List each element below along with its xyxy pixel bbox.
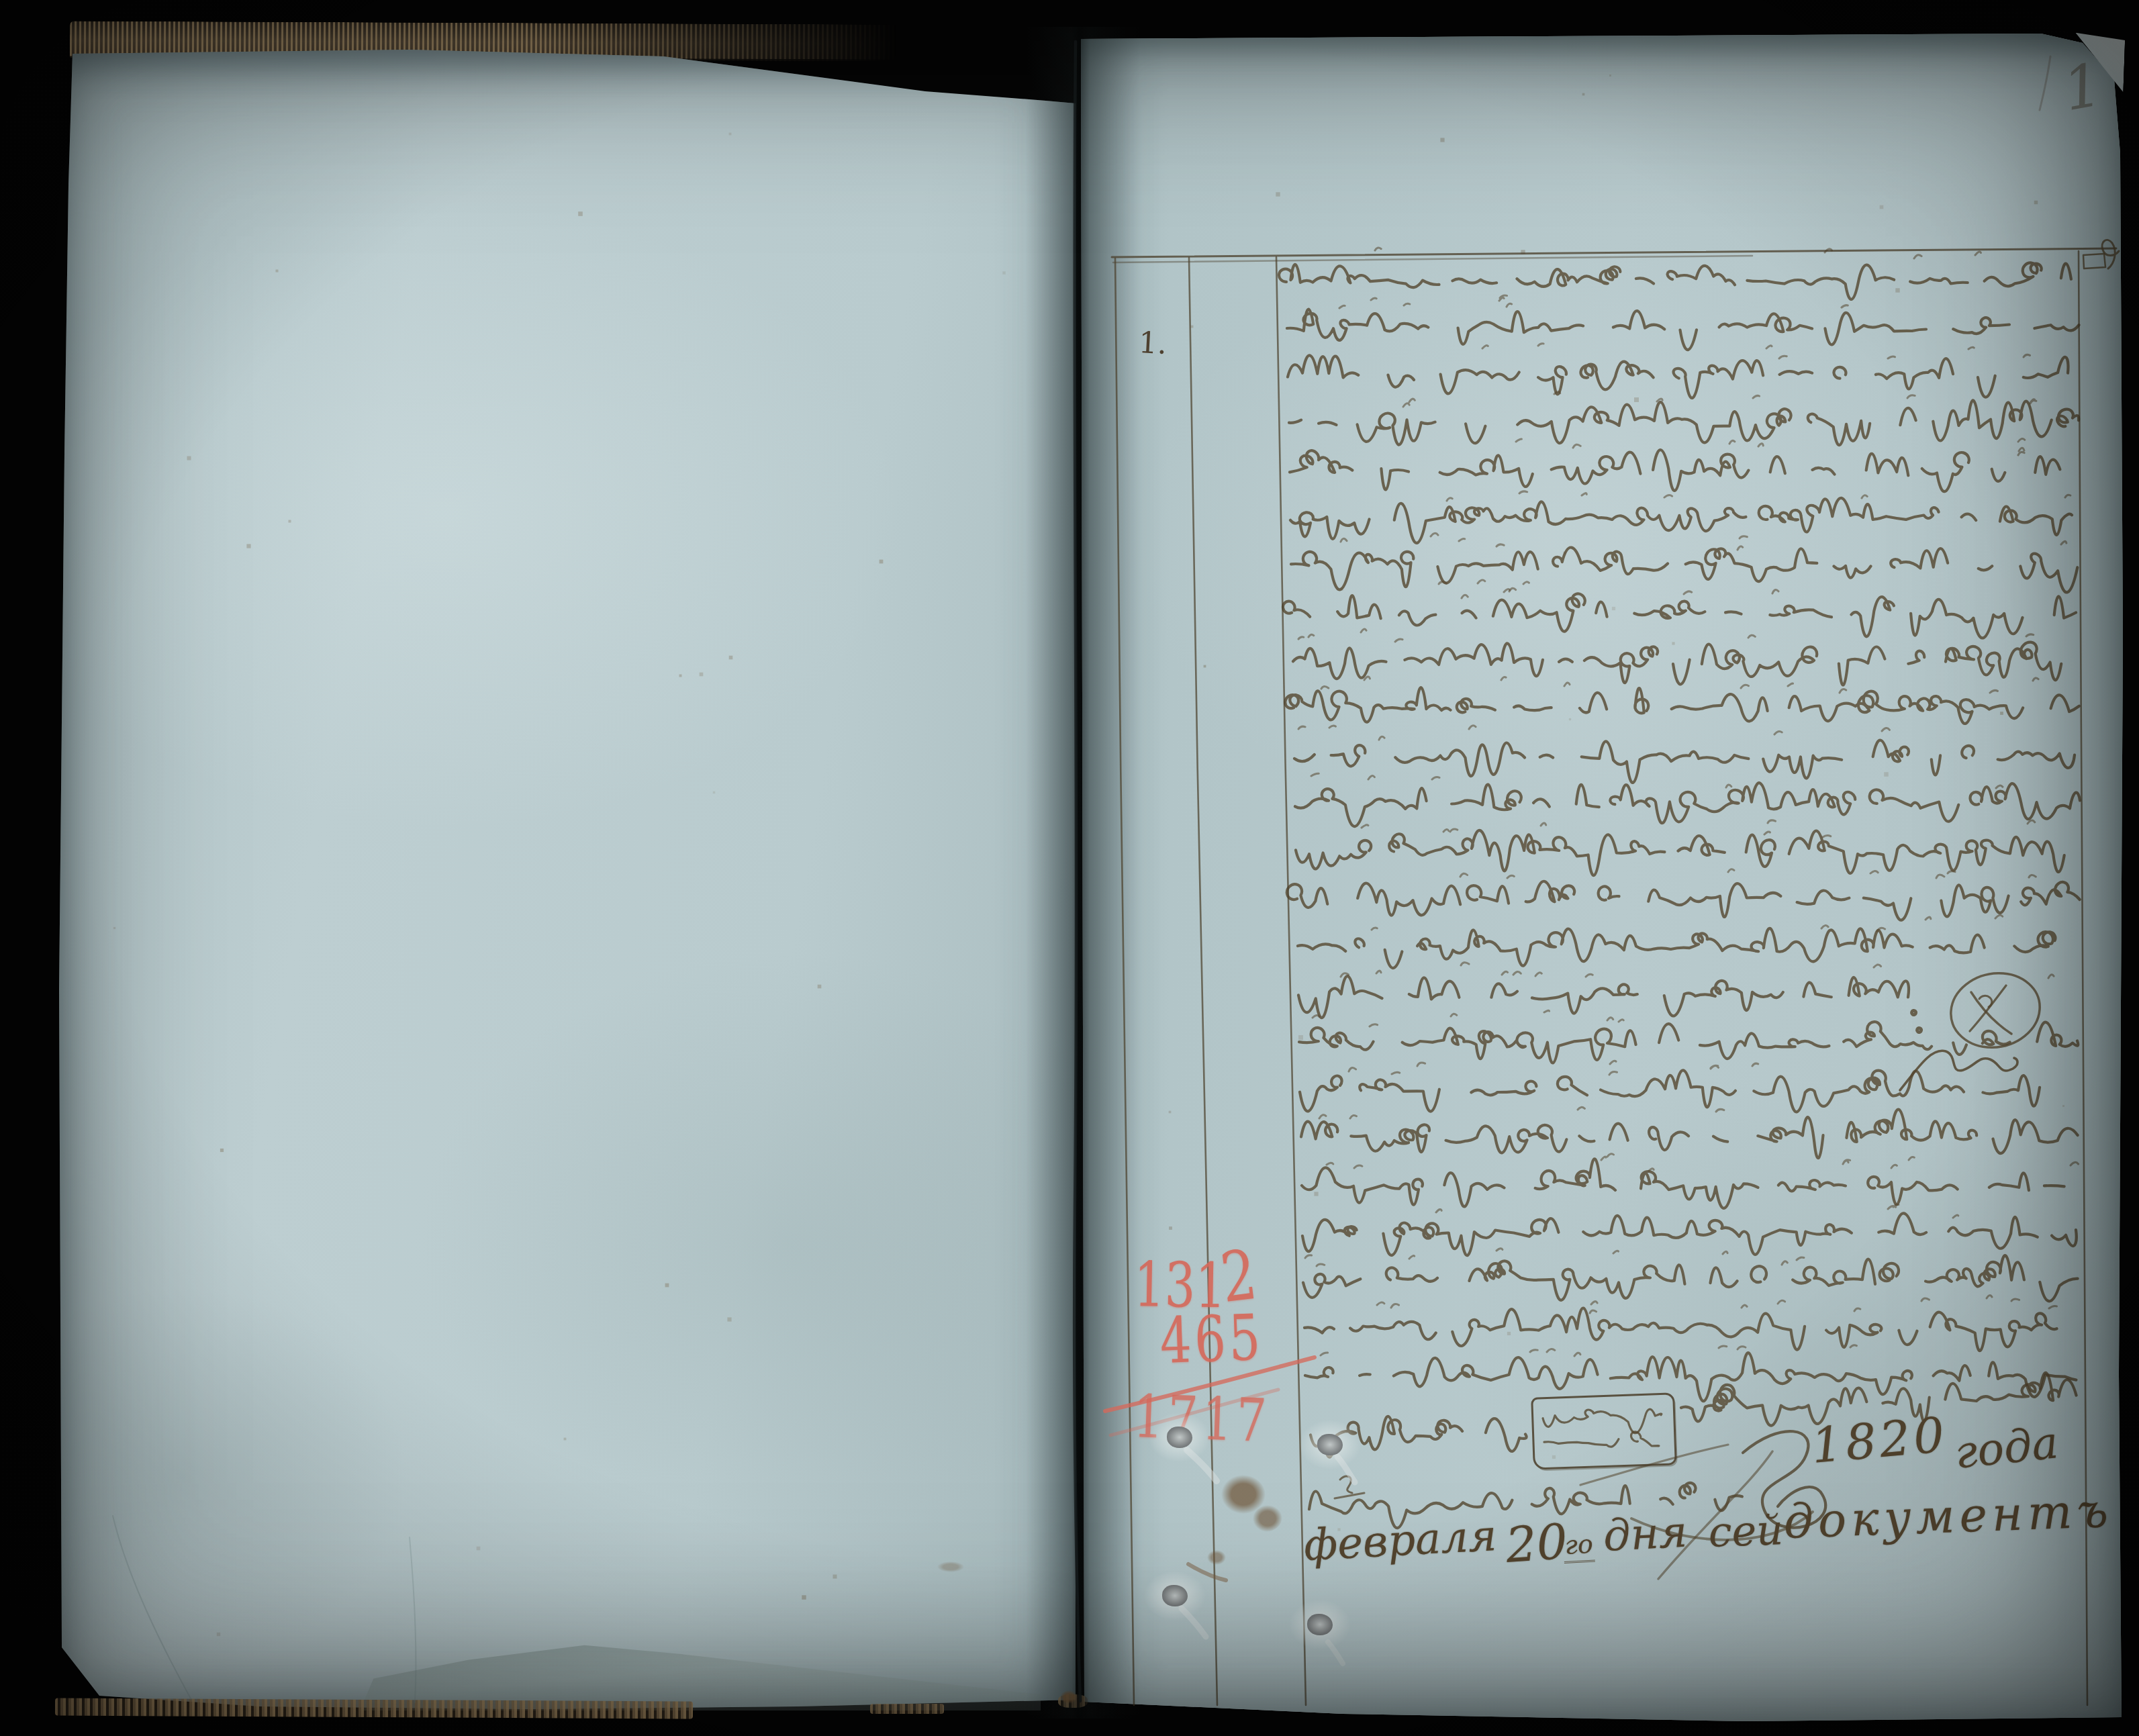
archival-number-red-row2: 465 [1159,1302,1265,1378]
handwriting-line [1285,687,2110,724]
handwriting-line [1293,642,2061,685]
handwriting-line [1288,355,2068,398]
handwriting-line [1301,1110,2078,1159]
dateline-day-number: 20 [1504,1513,1569,1574]
handwriting-line [1300,1070,2069,1112]
handwriting-diacritics [1321,1345,1856,1356]
manuscript-scan: 1 1. 131 2 465 1717 1820 года февраля 20… [0,0,2139,1736]
handwriting-line [1298,976,1930,1018]
handwriting-line [1289,401,2079,445]
rule-end-mark [2083,254,2105,269]
handwriting-line [1305,1353,2091,1401]
pencil-stroke [2040,56,2050,110]
handwriting-line [1290,498,2094,543]
handwriting-line [1294,740,2098,783]
handwriting-line [1303,1255,2078,1301]
dateline-word-document: документъ [1782,1483,2113,1549]
handwriting-line [1299,1022,2078,1063]
handwriting-line [1291,548,2077,593]
handwriting-line [1302,1213,2077,1255]
gutter-fold-line [1074,42,1080,1701]
ink-dot [1912,1010,1916,1014]
handwriting-line [1283,593,2076,638]
year-word: года [1952,1416,2060,1479]
handwriting-line [1296,830,2079,875]
ruled-line-vertical [1115,258,1134,1705]
dateline-month-word: февраля [1302,1511,1498,1571]
worm-hole [1317,1434,1343,1455]
worm-hole [1162,1585,1188,1606]
dateline-day-suffix: го [1562,1529,1595,1563]
handwriting-diacritics [1371,295,2030,358]
worm-hole [1167,1427,1192,1448]
fraction-bar [1335,1493,1364,1498]
ruled-line-vertical [1276,257,1306,1705]
handwriting-line [1302,1159,2064,1208]
handwriting-diacritics [1377,1296,2019,1308]
ink-stain [937,1561,964,1572]
ink-stain [1207,1550,1226,1565]
handwriting-diacritics [1311,773,1831,837]
ruled-line-vertical [1189,258,1217,1705]
ink-dot [1917,1028,1921,1032]
dateline-word-dnya: дня [1602,1508,1689,1561]
handwriting-line [1298,928,2083,968]
ruled-line-top [1112,248,2116,257]
handwriting-strokes-layer [0,0,2139,1736]
circled-mark-cross [1970,985,2006,1031]
handwriting-line [1287,309,2079,350]
margin-entry-number: 1. [1138,326,1168,361]
handwriting-line [1279,262,2071,299]
year-number: 1820 [1809,1406,1950,1474]
handwriting-line [1295,783,2080,826]
handwriting-line [1290,450,2086,491]
worm-hole [1307,1614,1333,1635]
ink-stain [1060,1690,1078,1704]
handwriting-diacritics [1319,1061,1758,1118]
handwriting-line [1287,881,2080,920]
ink-stamp-box [1531,1392,1677,1469]
dateline-word-sey: сей [1707,1505,1784,1557]
handwriting-line [1304,1308,2089,1351]
paper-crease [410,1537,416,1702]
paper-crease [113,1516,191,1700]
